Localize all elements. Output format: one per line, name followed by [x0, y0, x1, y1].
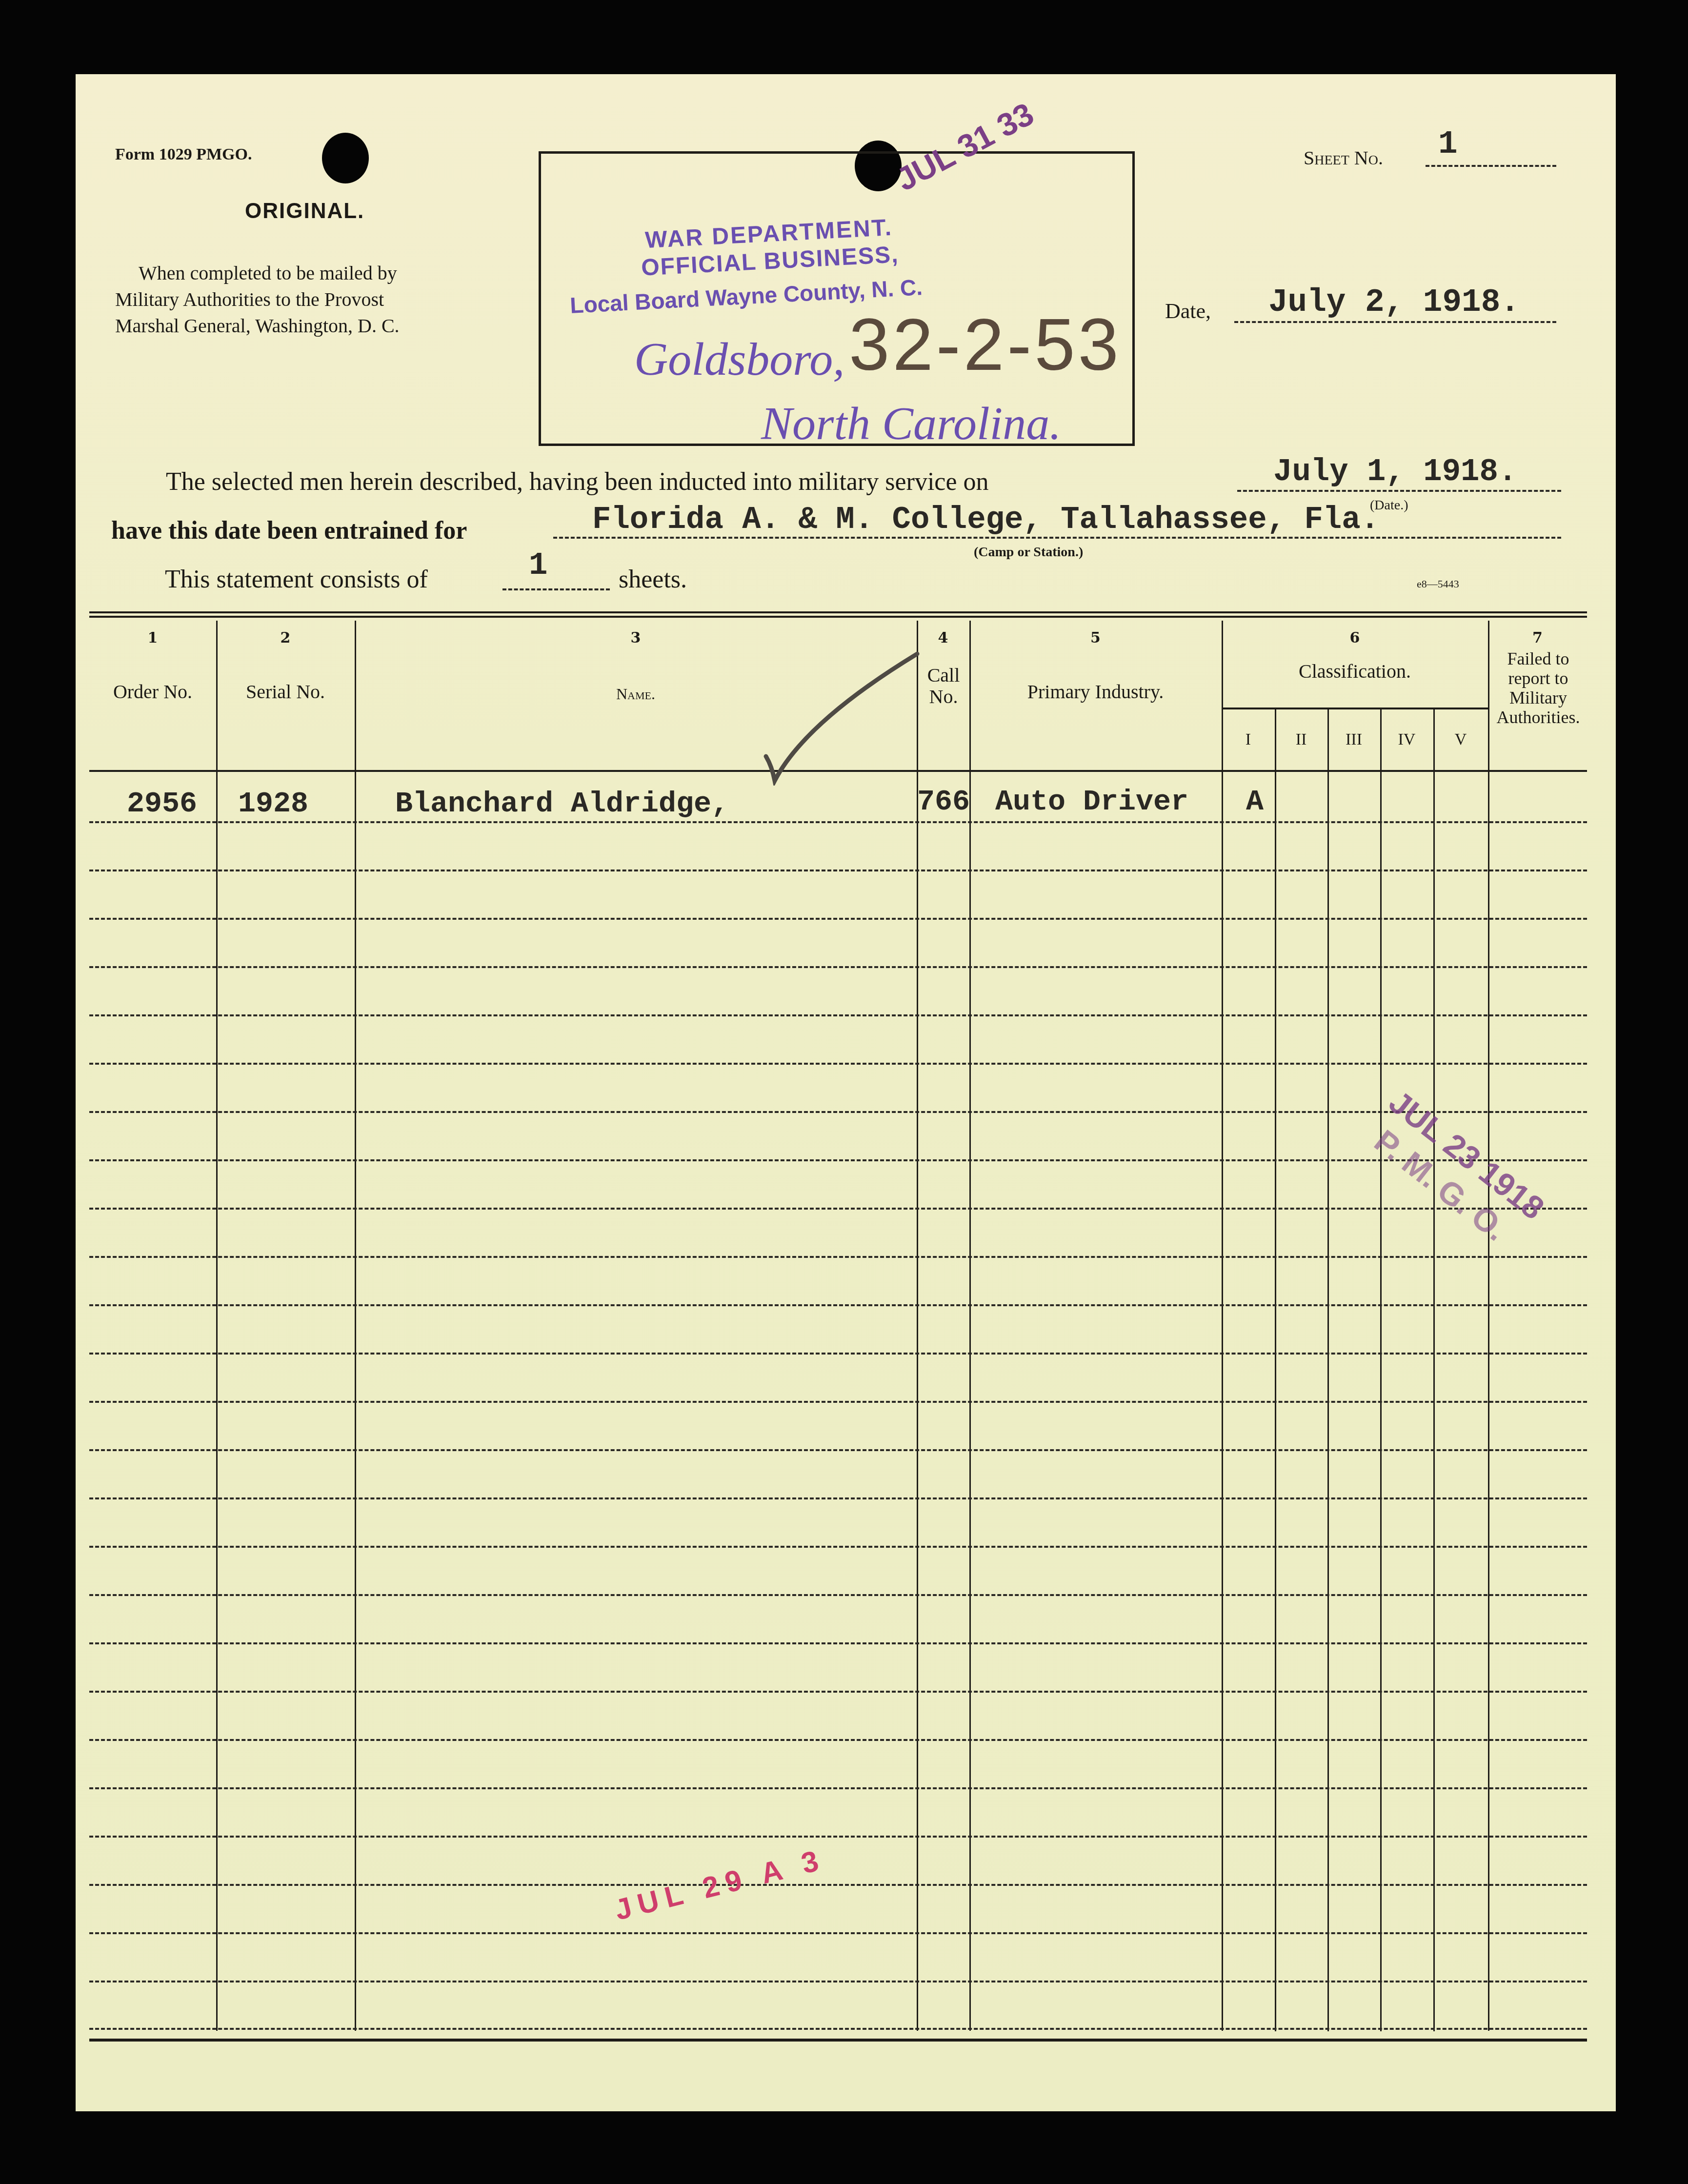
- col-divider-6c: [1380, 709, 1382, 2031]
- sheet-count-suffix: sheets.: [619, 565, 687, 594]
- col-divider-5: [1222, 621, 1223, 2031]
- col-divider-6d: [1433, 709, 1435, 2031]
- col-divider-3: [917, 621, 918, 2031]
- row-line-11: [89, 1304, 1587, 1306]
- col-7-number: 7: [1488, 629, 1587, 647]
- mailing-instructions-line-1: When completed to be mailed by: [139, 262, 397, 284]
- row-line-5: [89, 1014, 1587, 1016]
- col-divider-1: [216, 621, 218, 2031]
- serial-no-cell: 1928: [238, 788, 308, 821]
- col-header-primary-industry: Primary Industry.: [969, 681, 1222, 703]
- row-line-13: [89, 1401, 1587, 1403]
- row-line-26: [89, 2028, 1587, 2030]
- table-top-rule-2: [89, 616, 1587, 618]
- row-line-25: [89, 1981, 1587, 1982]
- row-line-21: [89, 1787, 1587, 1789]
- date-value: July 2, 1918.: [1268, 284, 1520, 321]
- class-header-II: II: [1275, 729, 1327, 750]
- col-header-serial-no: Serial No.: [216, 681, 355, 703]
- sheet-count-value: 1: [529, 548, 547, 584]
- induction-date-value: July 1, 1918.: [1273, 455, 1517, 490]
- destination-value: Florida A. & M. College, Tallahassee, Fl…: [592, 503, 1379, 538]
- class-header-IV: IV: [1380, 729, 1433, 750]
- col-6-number: 6: [1222, 629, 1488, 647]
- row-line-23: [89, 1884, 1587, 1886]
- mailing-instructions-line-2: Military Authorities to the Provost: [115, 288, 384, 311]
- col-divider-6a: [1275, 709, 1276, 2031]
- row-line-2: [89, 870, 1587, 871]
- row-line-12: [89, 1353, 1587, 1355]
- col-divider-4: [969, 621, 971, 2031]
- order-no-cell: 2956: [127, 788, 197, 821]
- row-line-7: [89, 1111, 1587, 1113]
- table-top-rule-1: [89, 611, 1587, 613]
- state-stamp: North Carolina.: [761, 396, 1061, 450]
- row-line-3: [89, 918, 1587, 920]
- name-cell: Blanchard Aldridge,: [395, 788, 729, 821]
- primary-industry-cell: Auto Driver: [995, 786, 1188, 819]
- col-divider-7: [1488, 621, 1489, 2031]
- row-line-16: [89, 1546, 1587, 1548]
- row-line-24: [89, 1932, 1587, 1934]
- mailing-instructions-line-3: Marshal General, Washington, D. C.: [115, 314, 400, 337]
- copy-label: ORIGINAL.: [245, 199, 364, 223]
- col-header-failed-to-report: Failed to report to Military Authorities…: [1493, 649, 1584, 727]
- date-line: [1234, 321, 1556, 323]
- sheet-number-line: [1426, 165, 1556, 167]
- row-line-15: [89, 1497, 1587, 1499]
- col-5-number: 5: [969, 629, 1222, 647]
- sheet-count-prefix: This statement consists of: [165, 565, 428, 594]
- row-line-20: [89, 1739, 1587, 1741]
- class-header-III: III: [1327, 729, 1380, 750]
- col-divider-2: [355, 621, 356, 2031]
- class-I-cell: A: [1246, 786, 1264, 819]
- sheet-number-value: 1: [1438, 126, 1458, 162]
- table-bottom-rule: [89, 2039, 1587, 2042]
- form-number: Form 1029 PMGO.: [115, 145, 252, 164]
- city-stamp: Goldsboro,: [634, 332, 844, 386]
- row-line-8: [89, 1159, 1587, 1161]
- col-divider-6b: [1327, 709, 1329, 2031]
- induction-statement-prefix: The selected men herein described, havin…: [166, 467, 989, 496]
- sheet-number-label: Sheet No.: [1304, 146, 1383, 169]
- row-line-6: [89, 1063, 1587, 1065]
- call-no-cell: 766: [917, 786, 970, 819]
- row-line-14: [89, 1449, 1587, 1451]
- row-line-1: [89, 821, 1587, 823]
- print-code: e8—5443: [1417, 578, 1459, 590]
- col-header-classification: Classification.: [1222, 661, 1488, 682]
- col-2-number: 2: [216, 629, 355, 647]
- col-1-number: 1: [89, 629, 216, 647]
- row-line-22: [89, 1836, 1587, 1838]
- class-header-V: V: [1433, 729, 1488, 750]
- row-line-4: [89, 966, 1587, 968]
- row-line-10: [89, 1256, 1587, 1258]
- punch-hole-left: [322, 133, 369, 183]
- handwritten-file-code: 32-2-53: [849, 303, 1122, 387]
- check-mark-icon: [761, 644, 927, 786]
- row-line-19: [89, 1691, 1587, 1693]
- row-line-17: [89, 1594, 1587, 1596]
- row-line-9: [89, 1208, 1587, 1210]
- induction-date-line: [1237, 490, 1561, 492]
- destination-caption: (Camp or Station.): [974, 545, 1083, 560]
- row-line-18: [89, 1642, 1587, 1644]
- classification-subheader-rule: [1223, 708, 1488, 709]
- sheet-count-line: [502, 588, 610, 590]
- entrained-statement-prefix: have this date been entrained for: [111, 516, 467, 545]
- col-header-call-no: Call No.: [922, 665, 965, 708]
- class-header-I: I: [1222, 729, 1275, 750]
- date-label: Date,: [1165, 299, 1211, 324]
- col-header-order-no: Order No.: [89, 681, 216, 703]
